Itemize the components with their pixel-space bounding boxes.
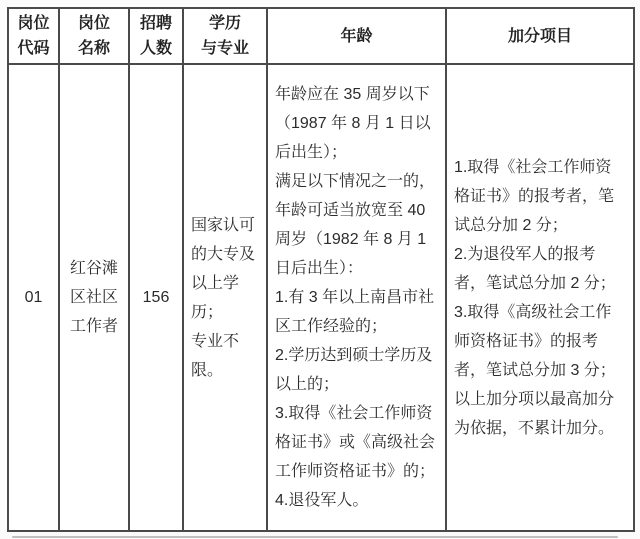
col-header-age: 年龄 — [267, 8, 446, 64]
col-header-position-name: 岗位 名称 — [59, 8, 129, 64]
cell-education: 国家认可 的大专及 以上学 历； 专业不 限。 — [183, 64, 267, 531]
recruitment-table: 岗位 代码 岗位 名称 招聘 人数 学历 与专业 年龄 加分项目 01 红谷滩 … — [7, 7, 635, 532]
table-row: 01 红谷滩 区社区 工作者 156 国家认可 的大专及 以上学 历； 专业不 … — [8, 64, 634, 531]
cell-recruit-count: 156 — [129, 64, 183, 531]
cell-position-code: 01 — [8, 64, 59, 531]
col-header-education: 学历 与专业 — [183, 8, 267, 64]
table-bottom-shadow — [12, 536, 618, 538]
col-header-position-code: 岗位 代码 — [8, 8, 59, 64]
cell-position-name: 红谷滩 区社区 工作者 — [59, 64, 129, 531]
col-header-recruit-count: 招聘 人数 — [129, 8, 183, 64]
cell-bonus-items: 1.取得《社会工作师资 格证书》的报考者，笔 试总分加 2 分； 2.为退役军人… — [446, 64, 634, 531]
table-header-row: 岗位 代码 岗位 名称 招聘 人数 学历 与专业 年龄 加分项目 — [8, 8, 634, 64]
cell-age: 年龄应在 35 周岁以下 （1987 年 8 月 1 日以 后出生）； 满足以下… — [267, 64, 446, 531]
col-header-bonus-items: 加分项目 — [446, 8, 634, 64]
